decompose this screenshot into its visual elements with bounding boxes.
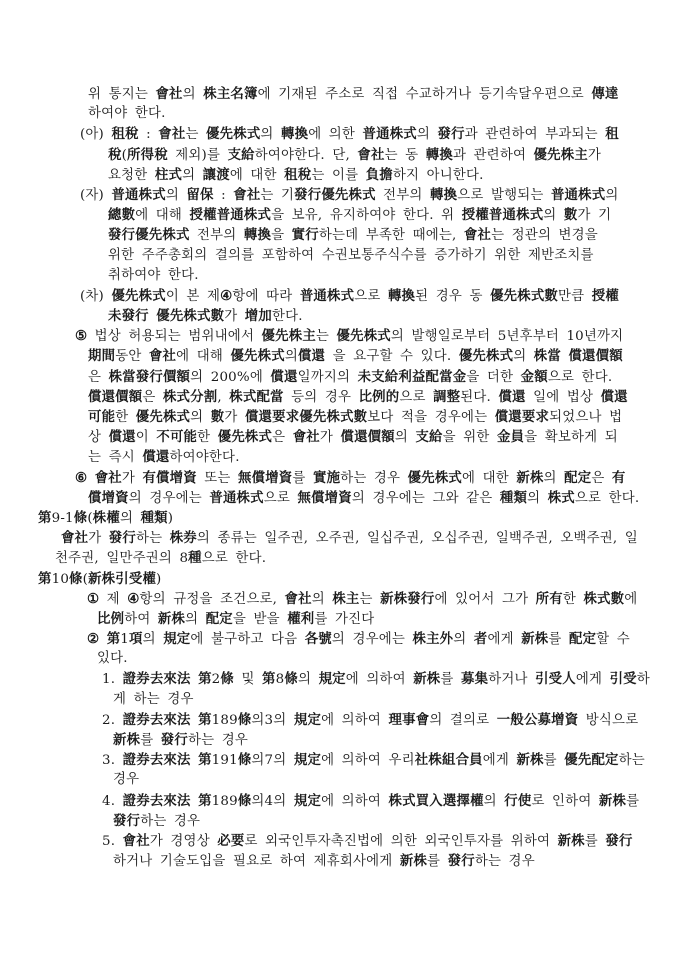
- doc-line: 위한 주주총회의 결의를 포함하여 수권보통주식수를 증가하기 위한 제반조치를: [0, 246, 680, 266]
- doc-line: 5. 會社가 경영상 必要로 외국인투자촉진법에 의한 외국인투자를 위하여 新…: [0, 831, 680, 851]
- doc-line: 취하여야 한다.: [0, 266, 680, 286]
- doc-line: 3. 證券去來法 第191條의7의 規定에 의하여 우리社株組合員에게 新株를 …: [0, 750, 680, 770]
- doc-line: 하여야 한다.: [0, 104, 680, 124]
- doc-line: ⑥ 會社가 有償增資 또는 無償增資를 實施하는 경우 優先株式에 대한 新株의…: [0, 468, 680, 488]
- doc-line: 總數에 대해 授權普通株式을 보유, 유지하여야 한다. 위 授權普通株式의 數…: [0, 205, 680, 225]
- doc-line: 요청한 柱式의 讓渡에 대한 租稅는 이를 負擔하지 아니한다.: [0, 165, 680, 185]
- doc-line: ⑤ 법상 허용되는 범위내에서 優先株主는 優先株式의 발행일로부터 5년후부터…: [0, 326, 680, 346]
- article-heading: 第10條(新株引受權): [0, 569, 680, 589]
- doc-line: 償增資의 경우에는 普通株式으로 無償增資의 경우에는 그와 같은 種類의 株式…: [0, 488, 680, 508]
- doc-line: 경우: [0, 770, 680, 790]
- doc-line: ② 第1項의 規定에 불구하고 다음 各號의 경우에는 株主外의 者에게 新株를…: [0, 629, 680, 649]
- doc-line: 1. 證券去來法 第2條 및 第8條의 規定에 의하여 新株를 募集하거나 引受…: [0, 669, 680, 689]
- doc-line: 은 株當發行價額의 200%에 償還일까지의 未支給利益配當金을 더한 金額으로…: [0, 367, 680, 387]
- doc-line: 게 하는 경우: [0, 690, 680, 710]
- doc-line: 比例하여 新株의 配定을 받을 權利를 가진다: [0, 609, 680, 629]
- doc-line: 稅(所得稅 제외)를 支給하여야한다. 단, 會社는 동 轉換과 관련하여 優先…: [0, 145, 680, 165]
- doc-line: 可能한 優先株式의 數가 償還要求優先株式數보다 적을 경우에는 償還要求되었으…: [0, 407, 680, 427]
- doc-line: 상 償還이 不可能한 優先株式은 會社가 償還價額의 支給을 위한 金員을 확보…: [0, 427, 680, 447]
- doc-line: 2. 證券去來法 第189條의3의 規定에 의하여 理事會의 결의로 一般公募增…: [0, 710, 680, 730]
- article-heading: 第9-1條(株權의 種類): [0, 508, 680, 528]
- doc-line: 있다.: [0, 649, 680, 669]
- doc-line: 위 통지는 會社의 株主名簿에 기재된 주소로 직접 수교하거나 등기속달우편으…: [0, 84, 680, 104]
- document-page: 위 통지는 會社의 株主名簿에 기재된 주소로 직접 수교하거나 등기속달우편으…: [0, 0, 680, 962]
- doc-line: 會社가 發行하는 株券의 종류는 일주권, 오주권, 일십주권, 오십주권, 일…: [0, 528, 680, 548]
- doc-line: 4. 證券去來法 第189條의4의 規定에 의하여 株式買入選擇權의 行使로 인…: [0, 791, 680, 811]
- doc-line: (아) 租稅 : 會社는 優先株式의 轉換에 의한 普通株式의 發行과 관련하여…: [0, 124, 680, 144]
- doc-line: 發行하는 경우: [0, 811, 680, 831]
- doc-line: 천주권, 일만주권의 8種으로 한다.: [0, 548, 680, 568]
- doc-line: (차) 優先株式이 본 제④항에 따라 普通株式으로 轉換된 경우 동 優先株式…: [0, 286, 680, 306]
- doc-line: 하거나 기술도입을 필요로 하여 제휴회사에게 新株를 發行하는 경우: [0, 851, 680, 871]
- doc-line: 는 즉시 償還하여야한다.: [0, 447, 680, 467]
- doc-line: 新株를 發行하는 경우: [0, 730, 680, 750]
- doc-line: 未發行 優先株式數가 增加한다.: [0, 306, 680, 326]
- doc-line: ① 제 ④항의 규정을 조건으로, 會社의 株主는 新株發行에 있어서 그가 所…: [0, 589, 680, 609]
- doc-line: 發行優先株式 전부의 轉換을 實行하는데 부족한 때에는, 會社는 정관의 변경…: [0, 225, 680, 245]
- document-body: 위 통지는 會社의 株主名簿에 기재된 주소로 직접 수교하거나 등기속달우편으…: [0, 84, 680, 871]
- doc-line: 償還價額은 株式分割, 株式配當 등의 경우 比例的으로 調整된다. 償還 일에…: [0, 387, 680, 407]
- doc-line: (자) 普通株式의 留保 : 會社는 기發行優先株式 전부의 轉換으로 발행되는…: [0, 185, 680, 205]
- doc-line: 期間동안 會社에 대해 優先株式의償還 을 요구할 수 있다. 優先株式의 株當…: [0, 346, 680, 366]
